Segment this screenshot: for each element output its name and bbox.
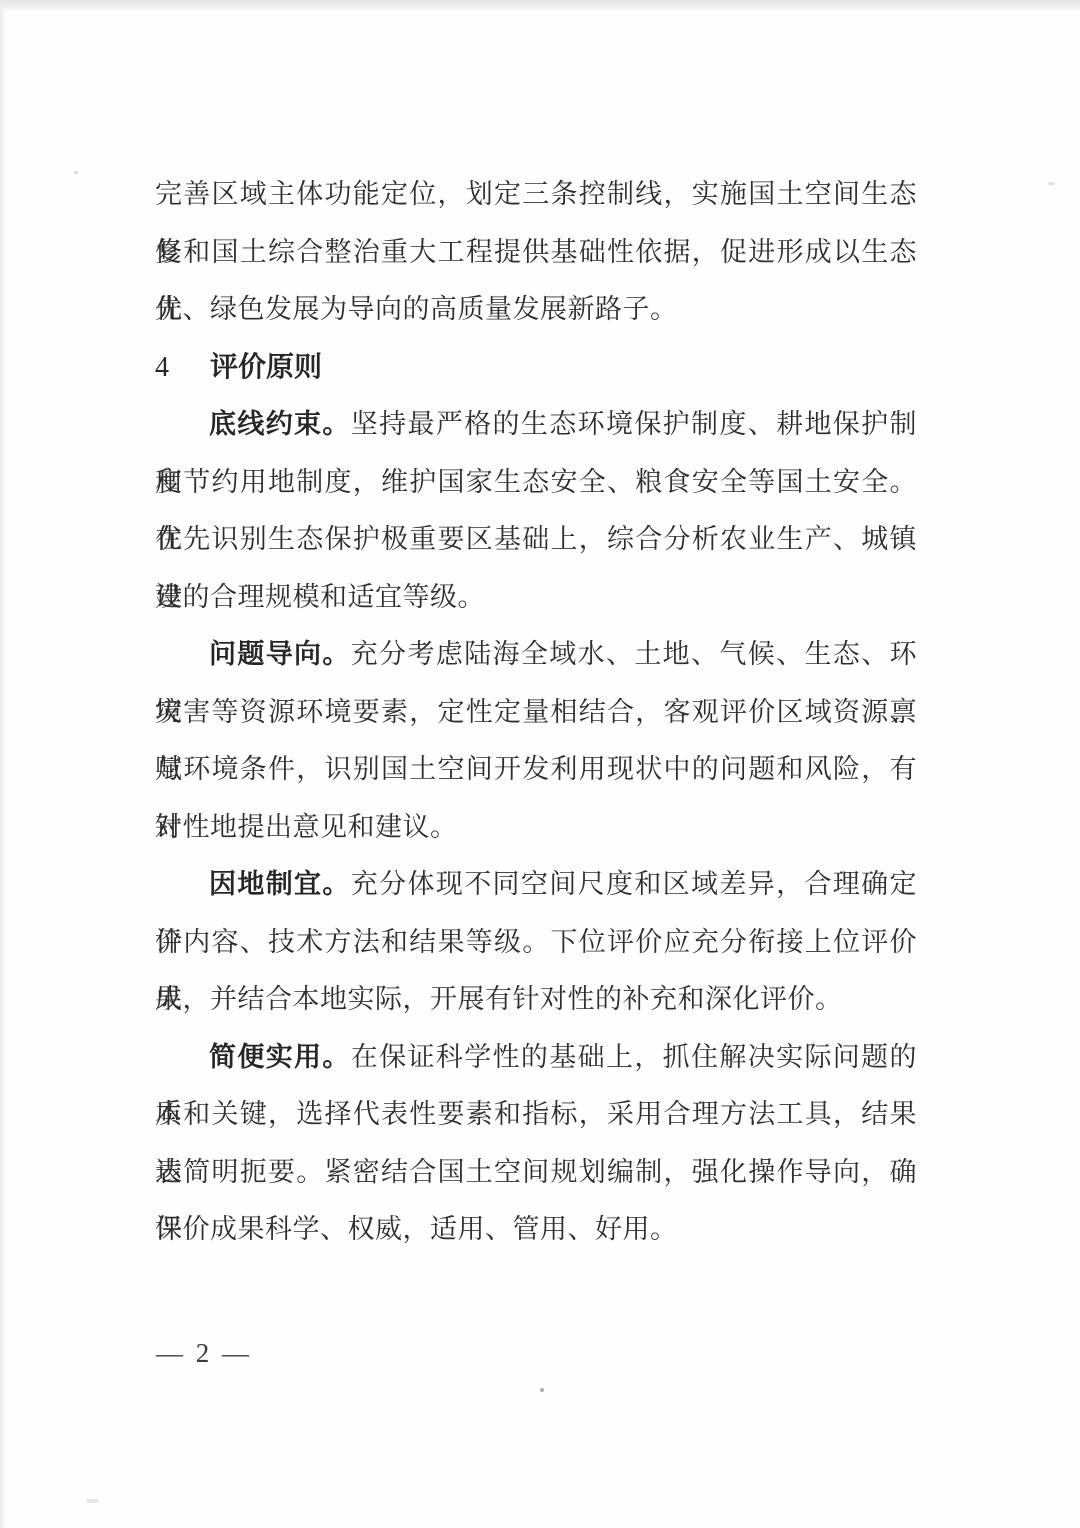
section-heading: 4 评价原则 xyxy=(155,339,917,397)
body-line: 优先识别生态保护极重要区基础上，综合分析农业生产、城镇建 xyxy=(155,511,917,569)
principle-lead: 底线约束。 xyxy=(209,409,351,439)
principle-lead: 因地制宜。 xyxy=(209,869,351,899)
scan-edge-left xyxy=(0,0,6,1528)
scan-speck xyxy=(74,171,78,174)
body-line: 先、绿色发展为导向的高质量发展新路子。 xyxy=(155,281,917,339)
body-line: 灾害等资源环境要素，定性定量相结合，客观评价区域资源禀赋 xyxy=(155,684,917,742)
body-line: 因地制宜。充分体现不同空间尺度和区域差异，合理确定评 xyxy=(155,856,917,914)
document-body: 完善区域主体功能定位，划定三条控制线，实施国土空间生态修 复和国土综合整治重大工… xyxy=(155,166,917,1259)
body-line: 评价成果科学、权威，适用、管用、好用。 xyxy=(155,1201,917,1259)
body-line: 与环境条件，识别国土空间开发利用现状中的问题和风险，有针 xyxy=(155,741,917,799)
section-number: 4 xyxy=(155,339,210,397)
body-line: 果，并结合本地实际，开展有针对性的补充和深化评价。 xyxy=(155,971,917,1029)
principle-lead: 简便实用。 xyxy=(209,1042,351,1072)
body-line: 达简明扼要。紧密结合国土空间规划编制，强化操作导向，确保 xyxy=(155,1144,917,1202)
page-number: — 2 — xyxy=(156,1338,252,1369)
body-line: 复和国土综合整治重大工程提供基础性依据，促进形成以生态优 xyxy=(155,224,917,282)
body-line: 和节约用地制度，维护国家生态安全、粮食安全等国土安全。在 xyxy=(155,454,917,512)
document-page: 完善区域主体功能定位，划定三条控制线，实施国土空间生态修 复和国土综合整治重大工… xyxy=(0,0,1080,1528)
body-line: 对性地提出意见和建议。 xyxy=(155,799,917,857)
body-line: 问题导向。充分考虑陆海全域水、土地、气候、生态、环境、 xyxy=(155,626,917,684)
body-line: 底线约束。坚持最严格的生态环境保护制度、耕地保护制度 xyxy=(155,396,917,454)
body-line: 简便实用。在保证科学性的基础上，抓住解决实际问题的本 xyxy=(155,1029,917,1087)
scan-speck xyxy=(540,1388,544,1392)
body-line: 设的合理规模和适宜等级。 xyxy=(155,569,917,627)
body-line: 完善区域主体功能定位，划定三条控制线，实施国土空间生态修 xyxy=(155,166,917,224)
principle-lead: 问题导向。 xyxy=(209,639,351,669)
body-line: 价内容、技术方法和结果等级。下位评价应充分衔接上位评价成 xyxy=(155,914,917,972)
section-title: 评价原则 xyxy=(210,339,322,397)
scan-edge-top xyxy=(0,0,1080,11)
body-line: 质和关键，选择代表性要素和指标，采用合理方法工具，结果表 xyxy=(155,1086,917,1144)
scan-speck xyxy=(86,1499,99,1503)
scan-speck xyxy=(1048,182,1055,185)
